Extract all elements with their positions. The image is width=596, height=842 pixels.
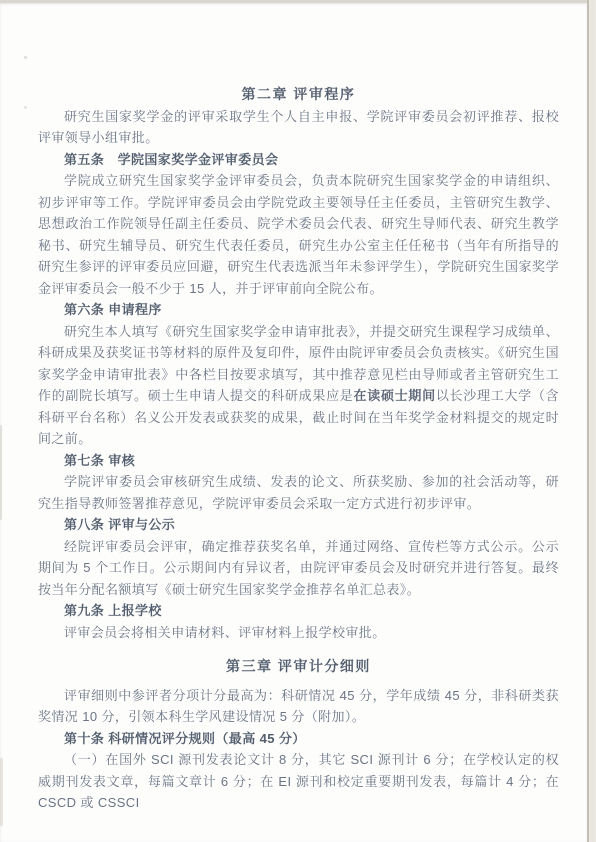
- scanner-background-strip: [589, 0, 596, 842]
- article-9-paragraph: 评审会员会将相关申请材料、评审材料上报学校审批。: [38, 622, 559, 644]
- chapter-3-title: 第三章 评审计分细则: [38, 656, 559, 678]
- article-10-heading: 第十条 科研情况评分规则（最高 45 分）: [38, 728, 559, 750]
- article-6-paragraph: 研究生本人填写《研究生国家奖学金申请审批表》，并提交研究生课程学习成绩单、科研成…: [38, 321, 559, 450]
- intro-paragraph: 研究生国家奖学金的评审采取学生个人自主申报、学院评审委员会初评推荐、报校评审领导…: [38, 106, 559, 149]
- article-9-heading: 第九条 上报学校: [38, 600, 559, 622]
- article-7-paragraph: 学院评审委员会审核研究生成绩、发表的论文、所获奖励、参加的社会活动等，研究生指导…: [38, 471, 559, 514]
- scan-artifact-left-1: [0, 425, 2, 520]
- article-6-bold-phrase: 在读硕士期间: [354, 388, 436, 403]
- chapter-3-intro-paragraph: 评审细则中参评者分项计分最高为：科研情况 45 分，学年成绩 45 分，非科研类…: [38, 685, 559, 728]
- scan-top-edge: [0, 0, 596, 3]
- article-7-heading: 第七条 审核: [38, 450, 559, 472]
- article-5-paragraph: 学院成立研究生国家奖学金评审委员会，负责本院研究生国家奖学金的申请组织、初步评审…: [38, 170, 559, 299]
- scan-artifact-left-2: [0, 758, 3, 826]
- article-8-heading: 第八条 评审与公示: [38, 514, 559, 536]
- article-8-paragraph: 经院评审委员会评审，确定推荐获奖名单，并通过网络、宣传栏等方式公示。公示期间为 …: [38, 536, 559, 601]
- chapter-2-title: 第二章 评审程序: [38, 84, 559, 106]
- article-10-paragraph: （一）在国外 SCI 源刊发表论文计 8 分，其它 SCI 源刊计 6 分；在学…: [38, 749, 559, 814]
- article-5-heading: 第五条 学院国家奖学金评审委员会: [38, 149, 559, 171]
- scan-artifact-dot-2: [24, 106, 27, 109]
- scan-artifact-dot-1: [24, 56, 27, 59]
- article-6-heading: 第六条 申请程序: [38, 299, 559, 321]
- document-body: 第二章 评审程序 研究生国家奖学金的评审采取学生个人自主申报、学院评审委员会初评…: [38, 84, 559, 814]
